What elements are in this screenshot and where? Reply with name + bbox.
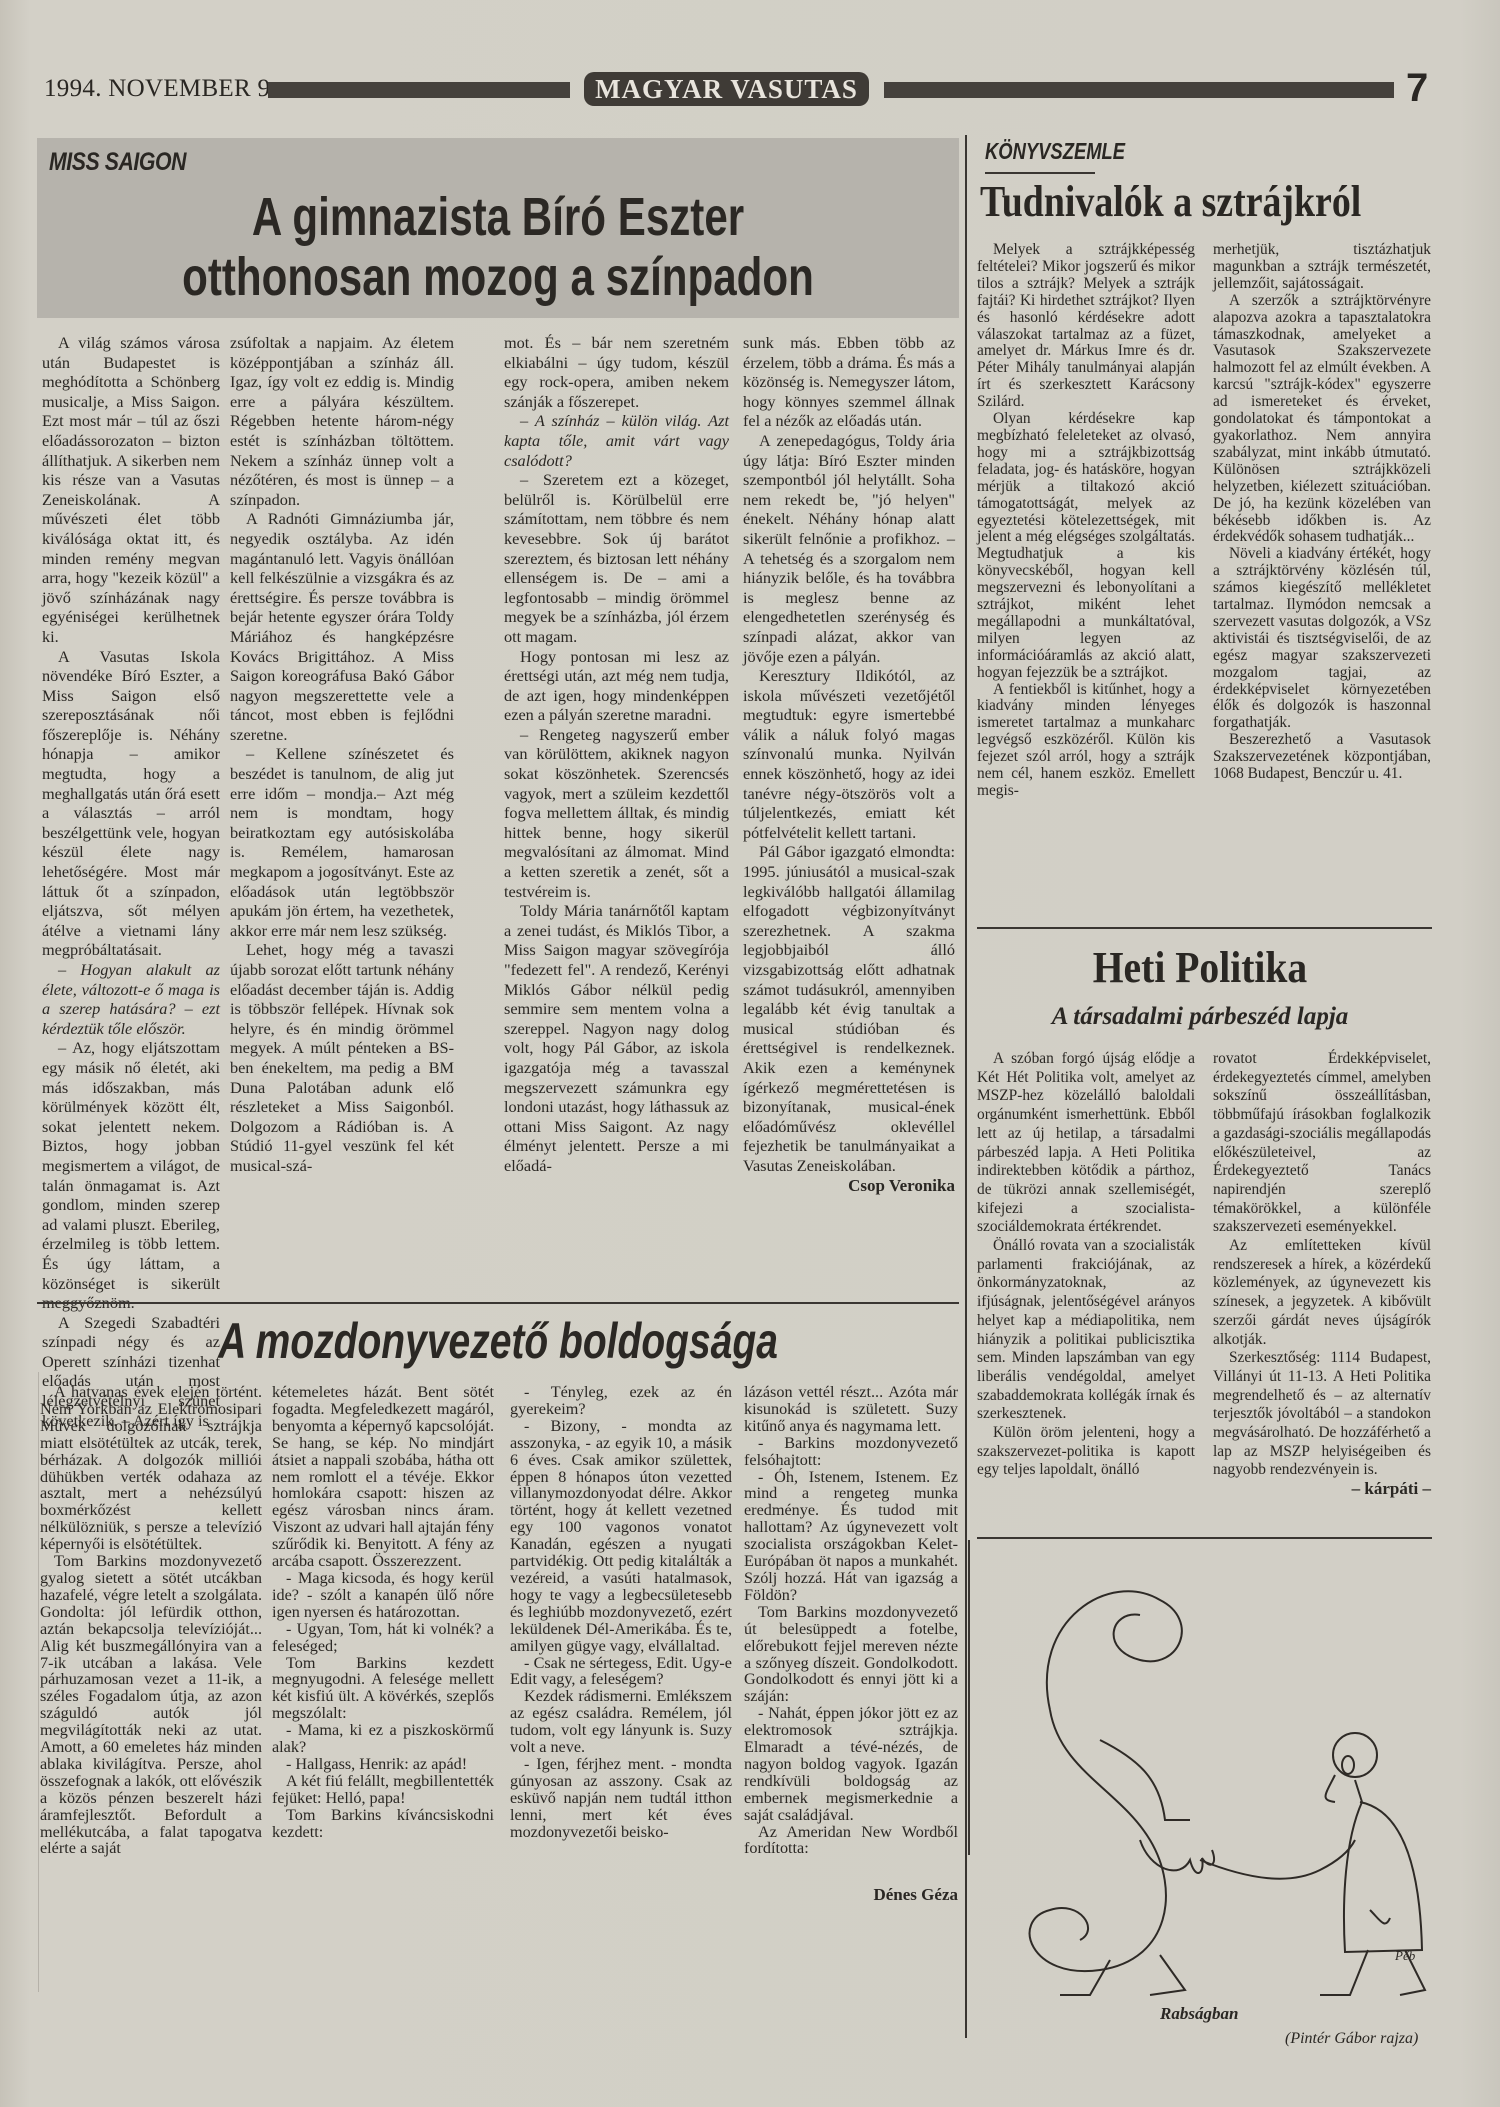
issue-date: 1994. NOVEMBER 9. <box>44 75 277 103</box>
miss-saigon-title-line1: A gimnazista Bíró Eszter <box>138 186 857 248</box>
cartoon-illustration: Péb <box>990 1540 1440 2000</box>
paragraph: Szerkesztőség: 1114 Budapest, Villányi ú… <box>1213 1349 1431 1480</box>
konyvszemle-kicker: KÖNYVSZEMLE <box>985 138 1125 165</box>
paragraph: Az említetteken kívül rendszeresek a hír… <box>1213 1237 1431 1349</box>
article-border <box>38 1372 39 1992</box>
mozdonyvezeto-title: A mozdonyvezető boldogsága <box>138 1312 857 1370</box>
paragraph: kétemeletes házát. Bent sötét fogadta. M… <box>272 1384 494 1570</box>
section-divider <box>37 1302 959 1304</box>
author-byline: – kárpáti – <box>1213 1480 1431 1499</box>
cartoon-caption: Rabságban <box>1160 2004 1238 2024</box>
paragraph: Hogy pontosan mi lesz az érettségi után,… <box>504 647 729 725</box>
paragraph: - Igen, férjhez ment. - mondta gúnyosan … <box>510 1756 732 1841</box>
masthead-rule-right <box>884 82 1394 98</box>
paragraph: sunk más. Ebben több az érzelem, több a … <box>743 333 955 431</box>
heti-politika-column-1: A szóban forgó újság elődje a Két Hét Po… <box>977 1050 1195 1480</box>
section-divider <box>977 927 1432 929</box>
newspaper-page: 1994. NOVEMBER 9. MAGYAR VASUTAS 7 MISS … <box>0 0 1500 2107</box>
miss-saigon-column-1: A világ számos városa után Budapestet is… <box>42 333 220 1430</box>
paragraph: Beszerezhető a Vasutasok Szakszervezetén… <box>1213 732 1431 783</box>
paragraph: Pál Gábor igazgató elmondta: 1995. júniu… <box>743 842 955 1175</box>
author-byline: Csop Veronika <box>743 1176 955 1196</box>
section-divider <box>977 1537 1432 1539</box>
paragraph: A világ számos városa után Budapestet is… <box>42 333 220 647</box>
column-divider <box>968 1540 970 1855</box>
newspaper-logo: MAGYAR VASUTAS <box>584 72 869 106</box>
paragraph: - Hallgass, Henrik: az apád! <box>272 1756 494 1773</box>
paragraph: A hatvanas évek elején történt. Nem York… <box>40 1384 262 1553</box>
paragraph: - Csak ne sértegess, Edit. Ugy-e Edit va… <box>510 1655 732 1689</box>
paragraph: - Ugyan, Tom, hát ki volnék? a feleséged… <box>272 1621 494 1655</box>
heti-politika-title: Heti Politika <box>984 942 1416 993</box>
paragraph: Külön öröm jelenteni, hogy a szakszervez… <box>977 1424 1195 1480</box>
cartoon-signature: Péb <box>1394 1948 1416 1963</box>
paragraph: - Mama, ki ez a piszkoskörmű alak? <box>272 1722 494 1756</box>
konyvszemle-column-1: Melyek a sztrájkképesség feltételei? Mik… <box>977 242 1195 800</box>
paragraph: Lehet, hogy még a tavaszi újabb sorozat … <box>230 940 454 1175</box>
paragraph: - Maga kicsoda, és hogy kerül ide? - szó… <box>272 1570 494 1621</box>
mozdonyvezeto-column-4: lázáson vettél részt... Azóta már kisuno… <box>744 1384 958 1904</box>
paragraph: merhetjük, tisztázhatjuk magunkban a szt… <box>1213 242 1431 293</box>
paragraph: – Rengeteg nagyszerű ember van körülötte… <box>504 725 729 901</box>
paragraph: A szóban forgó újság elődje a Két Hét Po… <box>977 1050 1195 1237</box>
paragraph: zsúfoltak a napjaim. Az életem középpont… <box>230 333 454 509</box>
page-number: 7 <box>1406 66 1428 111</box>
paragraph: Melyek a sztrájkképesség feltételei? Mik… <box>977 242 1195 411</box>
paragraph: rovatot Érdekképviselet, érdekegyeztetés… <box>1213 1050 1431 1237</box>
miss-saigon-title-line2: otthonosan mozog a színpadon <box>138 246 857 308</box>
paragraph: – Kellene színészetet és beszédet is tan… <box>230 744 454 940</box>
paragraph: Tom Barkins mozdonyvezető út belesüppedt… <box>744 1604 958 1705</box>
paragraph: lázáson vettél részt... Azóta már kisuno… <box>744 1384 958 1435</box>
heti-politika-subtitle: A társadalmi párbeszéd lapja <box>960 1003 1440 1031</box>
miss-saigon-header-box: MISS SAIGON A gimnazista Bíró Eszter ott… <box>37 138 959 318</box>
paragraph: - Bizony, - mondta az asszonyka, - az eg… <box>510 1418 732 1655</box>
author-byline: Dénes Géza <box>744 1887 958 1904</box>
kicker-underline <box>985 172 1095 174</box>
masthead: 1994. NOVEMBER 9. MAGYAR VASUTAS 7 <box>44 72 1434 110</box>
paragraph: – Az, hogy eljátszottam egy másik nő éle… <box>42 1038 220 1312</box>
konyvszemle-title: Tudnivalók a sztrájkról <box>980 176 1358 227</box>
paragraph: – Hogyan alakult az élete, változott-e ő… <box>42 960 220 1038</box>
mozdonyvezeto-column-1: A hatvanas évek elején történt. Nem York… <box>40 1384 262 1857</box>
paragraph: - Tényleg, ezek az én gyerekeim? <box>510 1384 732 1418</box>
paragraph: A fentiekből is kitűnhet, hogy a kiadván… <box>977 682 1195 800</box>
paragraph: Tom Barkins kíváncsiskodni kezdett: <box>272 1807 494 1841</box>
paragraph: Tom Barkins mozdonyvezető gyalog sietett… <box>40 1553 262 1857</box>
paragraph: – Szeretem ezt a közeget, belülről is. K… <box>504 470 729 646</box>
paragraph: - Nahát, éppen jókor jött ez az elektrom… <box>744 1705 958 1823</box>
miss-saigon-column-2: zsúfoltak a napjaim. Az életem középpont… <box>230 333 454 1176</box>
paragraph: Olyan kérdésekre kap megbízható felelete… <box>977 411 1195 682</box>
paragraph: Tom Barkins kezdett megnyugodni. A feles… <box>272 1655 494 1723</box>
paragraph: A Vasutas Iskola növendéke Bíró Eszter, … <box>42 647 220 961</box>
paragraph: – A színház – külön világ. Azt kapta től… <box>504 411 729 470</box>
paragraph: A két fiú felállt, megbillentették fejük… <box>272 1773 494 1807</box>
column-divider <box>965 135 967 1303</box>
paragraph: Keresztury Ildikótól, az iskola művészet… <box>743 666 955 842</box>
paragraph: - Óh, Istenem, Istenem. Ez mind a renget… <box>744 1469 958 1604</box>
paragraph: Kezdek rádismerni. Emlékszem az egész cs… <box>510 1688 732 1756</box>
column-divider <box>965 1303 967 2038</box>
mozdonyvezeto-column-3: - Tényleg, ezek az én gyerekeim? - Bizon… <box>510 1384 732 1840</box>
paragraph: - Barkins mozdonyvezető felsóhajtott: <box>744 1435 958 1469</box>
miss-saigon-column-3: mot. És – bár nem szeretném elkiabálni –… <box>504 333 729 1176</box>
paragraph: A zenepedagógus, Toldy ária úgy látja: B… <box>743 431 955 666</box>
miss-saigon-kicker: MISS SAIGON <box>49 148 186 177</box>
paragraph: Növeli a kiadvány értékét, hogy a sztráj… <box>1213 546 1431 732</box>
cartoon-credit: (Pintér Gábor rajza) <box>1285 2030 1418 2048</box>
miss-saigon-column-4: sunk más. Ebben több az érzelem, több a … <box>743 333 955 1195</box>
konyvszemle-column-2: merhetjük, tisztázhatjuk magunkban a szt… <box>1213 242 1431 783</box>
masthead-rule-left <box>268 82 570 98</box>
paragraph: Az Ameridan New Wordből fordította: <box>744 1824 958 1858</box>
mozdonyvezeto-column-2: kétemeletes házát. Bent sötét fogadta. M… <box>272 1384 494 1840</box>
paragraph: Toldy Mária tanárnőtől kaptam a zenei tu… <box>504 901 729 1175</box>
paragraph: Önálló rovata van a szocialisták parlame… <box>977 1237 1195 1424</box>
heti-politika-column-2: rovatot Érdekképviselet, érdekegyeztetés… <box>1213 1050 1431 1499</box>
paragraph: mot. És – bár nem szeretném elkiabálni –… <box>504 333 729 411</box>
paragraph: A szerzők a sztrájktörvényre alapozva az… <box>1213 293 1431 547</box>
paragraph: A Radnóti Gimnáziumba jár, negyedik oszt… <box>230 509 454 744</box>
